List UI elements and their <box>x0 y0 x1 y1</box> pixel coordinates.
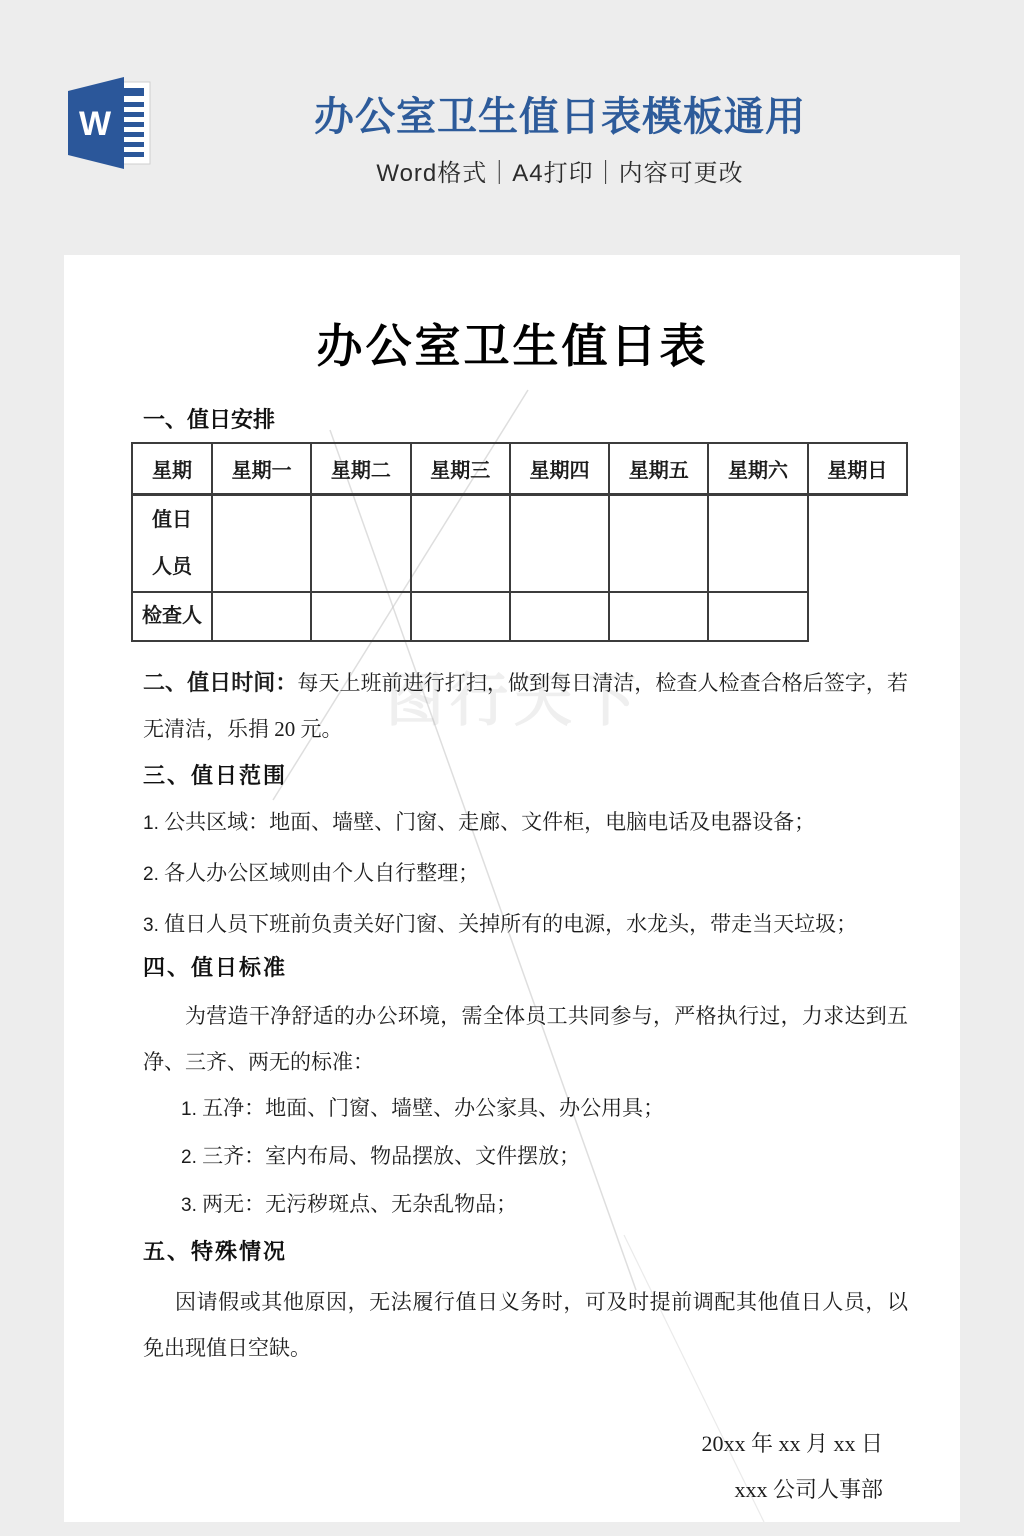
empty-cell <box>212 495 311 593</box>
banner-title: 办公室卫生值日表模板通用 <box>96 94 1024 140</box>
empty-cell <box>708 495 807 593</box>
col-header-week: 星期 <box>132 443 212 495</box>
col-header-thu: 星期四 <box>510 443 609 495</box>
table-header-row: 星期 星期一 星期二 星期三 星期四 星期五 星期六 星期日 <box>132 443 907 495</box>
document-footer: 20xx 年 xx 月 xx 日 xxx 公司人事部 <box>143 1421 908 1513</box>
word-logo-letter: W <box>79 105 112 143</box>
section-4-heading: 四、值日标准 <box>143 949 908 987</box>
section-3-heading: 三、值日范围 <box>143 758 908 794</box>
list-number: 3. <box>143 915 159 936</box>
section-4-intro: 为营造干净舒适的办公环境，需全体员工共同参与，严格执行过，力求达到五净、三齐、两… <box>143 993 908 1085</box>
empty-cell <box>311 592 410 641</box>
table-row-duty-members: 值日 人员 <box>132 495 907 593</box>
col-header-fri: 星期五 <box>609 443 708 495</box>
list-number: 1. <box>181 1099 197 1120</box>
document-page: 图行天下 办公室卫生值日表 一、值日安排 星期 星期一 星期二 星期三 星期四 … <box>64 255 960 1522</box>
list-text: 公共区域：地面、墙壁、门窗、走廊、文件柜，电脑电话及电器设备； <box>164 810 815 834</box>
section-2-heading: 二、值日时间： <box>143 670 297 695</box>
empty-cell <box>609 592 708 641</box>
col-header-tue: 星期二 <box>311 443 410 495</box>
list-item: 1. 五净：地面、门窗、墙壁、办公家具、办公用具； <box>181 1085 908 1133</box>
list-item: 3. 两无：无污秽斑点、无杂乱物品； <box>181 1181 908 1229</box>
banner-subtitle: Word格式｜A4打印｜内容可更改 <box>96 153 1024 188</box>
list-text: 两无：无污秽斑点、无杂乱物品； <box>202 1192 517 1216</box>
list-number: 2. <box>143 864 159 885</box>
col-header-sun: 星期日 <box>808 443 907 495</box>
empty-cell <box>411 495 510 593</box>
table-row-checker: 检查人 <box>132 592 907 641</box>
list-item: 2. 三齐：室内布局、物品摆放、文件摆放； <box>181 1133 908 1181</box>
empty-cell <box>311 495 410 593</box>
list-item: 2. 各人办公区域则由个人自行整理； <box>143 850 908 898</box>
empty-cell <box>510 592 609 641</box>
empty-cell <box>708 592 807 641</box>
list-text: 各人办公区域则由个人自行整理； <box>164 861 479 885</box>
list-number: 1. <box>143 813 159 834</box>
section-5-heading: 五、特殊情况 <box>143 1233 908 1271</box>
empty-cell <box>609 495 708 593</box>
footer-department: xxx 公司人事部 <box>143 1467 883 1513</box>
row-label-duty-members: 值日 人员 <box>152 509 192 578</box>
empty-cell <box>411 592 510 641</box>
col-header-wed: 星期三 <box>411 443 510 495</box>
duty-schedule-table: 星期 星期一 星期二 星期三 星期四 星期五 星期六 星期日 值日 人员 <box>131 442 908 642</box>
empty-cell <box>510 495 609 593</box>
footer-date: 20xx 年 xx 月 xx 日 <box>143 1421 883 1467</box>
section-2-paragraph: 二、值日时间：每天上班前进行打扫，做到每日清洁，检查人检查合格后签字，若无清洁，… <box>143 660 908 752</box>
document-title: 办公室卫生值日表 <box>130 255 895 383</box>
col-header-sat: 星期六 <box>708 443 807 495</box>
list-item: 1. 公共区域：地面、墙壁、门窗、走廊、文件柜，电脑电话及电器设备； <box>143 799 908 847</box>
list-item: 3. 值日人员下班前负责关好门窗、关掉所有的电源，水龙头，带走当天垃圾； <box>143 901 908 949</box>
empty-cell <box>212 592 311 641</box>
section-1-heading: 一、值日安排 <box>143 405 908 435</box>
col-header-mon: 星期一 <box>212 443 311 495</box>
list-number: 2. <box>181 1147 197 1168</box>
list-text: 值日人员下班前负责关好门窗、关掉所有的电源，水龙头，带走当天垃圾； <box>164 912 857 936</box>
list-number: 3. <box>181 1195 197 1216</box>
word-logo-icon: W <box>62 74 154 172</box>
row-label-checker: 检查人 <box>142 605 202 627</box>
top-banner: W 办公室卫生值日表模板通用 Word格式｜A4打印｜内容可更改 <box>0 0 1024 255</box>
list-text: 三齐：室内布局、物品摆放、文件摆放； <box>202 1144 580 1168</box>
list-text: 五净：地面、门窗、墙壁、办公家具、办公用具； <box>202 1096 664 1120</box>
section-5-paragraph: 因请假或其他原因，无法履行值日义务时，可及时提前调配其他值日人员，以免出现值日空… <box>143 1279 908 1371</box>
